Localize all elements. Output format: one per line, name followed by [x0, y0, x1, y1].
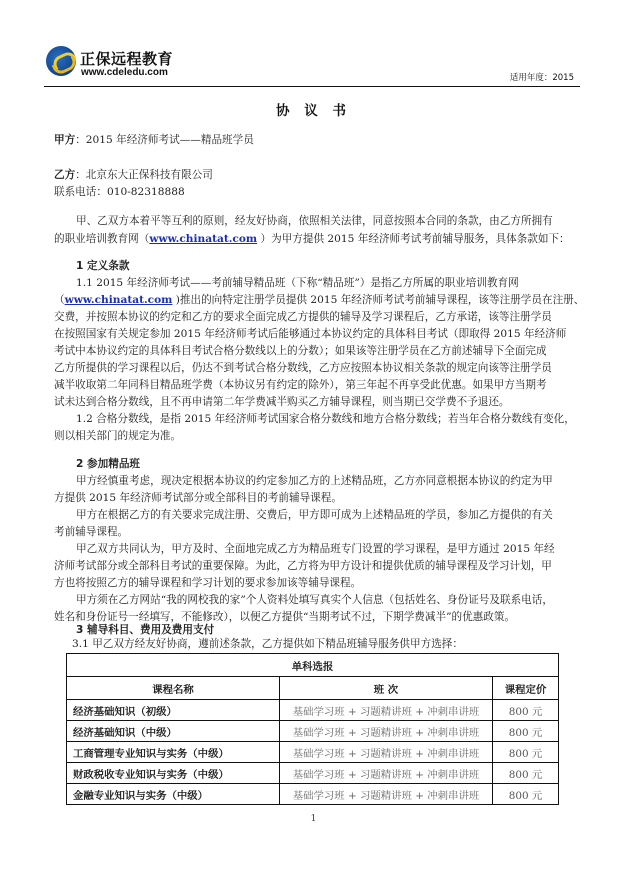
- s3-1-line: 3.1 甲乙双方经友好协商，遵前述条款，乙方提供如下精品班辅导服务供甲方选择：: [72, 636, 592, 654]
- s2-p3-line-1: 甲乙双方共同认为，甲方及时、全面地完成乙方为精品班专门设置的学习课程，是甲方通过…: [76, 541, 596, 559]
- course-name: 金融专业知识与实务（中级）: [67, 784, 280, 805]
- course-name: 财政税收专业知识与实务（中级）: [67, 763, 280, 784]
- s2-p1-line-1: 甲方经慎重考虑，现决定根据本协议的约定参加乙方的上述精品班，乙方亦同意根据本协议…: [76, 473, 596, 491]
- s1-1-line-3: 交费，并按照本协议的约定和乙方的要求全面完成乙方提供的辅导及学习课程后，乙方承诺…: [54, 309, 574, 327]
- s1-2-line-2: 则以相关部门的规定为准。: [54, 428, 574, 446]
- intro-line-1: 甲、乙双方本着平等互利的原则，经友好协商，依照相关法律，同意按照本合同的条款，由…: [76, 213, 573, 231]
- party-a-label: 甲方: [54, 134, 75, 146]
- year-label: 适用年度：2015: [510, 71, 574, 83]
- swirl-logo-icon: [46, 46, 76, 76]
- s1-1-line-6: 乙方所提供的学习课程以后，仍达不到考试合格分数线，乙方应按照本协议相关条款的规定…: [54, 360, 574, 378]
- course-name: 经济基础知识（初级）: [67, 700, 280, 721]
- s1-2-line-1: 1.2 合格分数线，是指 2015 年经济师考试国家合格分数线和地方合格分数线；…: [76, 411, 596, 429]
- table-row: 经济基础知识（初级） 基础学习班 + 习题精讲班 + 冲刺串讲班 800 元: [67, 700, 559, 721]
- page-number: 1: [0, 814, 627, 824]
- course-classes: 基础学习班 + 习题精讲班 + 冲刺串讲班: [280, 700, 493, 721]
- contact-phone: 联系电话：010-82318888: [54, 184, 574, 202]
- s2-p3-line-2: 济师考试部分或全部科目考试的重要保障。为此，乙方将为甲方设计和提供优质的辅导课程…: [54, 558, 574, 576]
- course-name: 经济基础知识（中级）: [67, 721, 280, 742]
- table-caption: 单科选报: [67, 654, 559, 677]
- course-classes: 基础学习班 + 习题精讲班 + 冲刺串讲班: [280, 784, 493, 805]
- s2-p2-line-1: 甲方在根据乙方的有关要求完成注册、交费后，甲方即可成为上述精品班的学员，参加乙方…: [76, 507, 596, 525]
- party-a-value: ：2015 年经济师考试——精品班学员: [75, 134, 254, 146]
- course-price: 800 元: [493, 784, 559, 805]
- intro-line-2: 的职业培训教育网（www.chinatat.com ）为甲方提供 2015 年经…: [54, 231, 574, 249]
- section-1-title: 1 定义条款: [76, 258, 596, 276]
- header-classes: 班 次: [280, 677, 493, 700]
- s1-1-line-5: 考试中本协议约定的具体科目考试合格分数线以上的分数）；如果该等注册学员在乙方前述…: [54, 343, 574, 361]
- header-course-name: 课程名称: [67, 677, 280, 700]
- party-a: 甲方：2015 年经济师考试——精品班学员: [54, 132, 574, 150]
- document-title: 协 议 书: [0, 99, 627, 119]
- s1-1-text-post: )推出的向特定注册学员提供 2015 年经济师考试考前辅导课程，该等注册学员在注…: [172, 294, 584, 306]
- fee-table: 单科选报 课程名称 班 次 课程定价 经济基础知识（初级） 基础学习班 + 习题…: [66, 653, 559, 805]
- table-row: 财政税收专业知识与实务（中级） 基础学习班 + 习题精讲班 + 冲刺串讲班 80…: [67, 763, 559, 784]
- table-row: 工商管理专业知识与实务（中级） 基础学习班 + 习题精讲班 + 冲刺串讲班 80…: [67, 742, 559, 763]
- course-price: 800 元: [493, 721, 559, 742]
- brand-name: 正保远程教育: [80, 48, 173, 69]
- chinatat-link[interactable]: www.chinatat.com: [149, 233, 257, 245]
- table-caption-row: 单科选报: [67, 654, 559, 677]
- course-name: 工商管理专业知识与实务（中级）: [67, 742, 280, 763]
- chinatat-link-2[interactable]: www.chinatat.com: [65, 294, 173, 306]
- s2-p1-line-2: 方提供 2015 年经济师考试部分或全部科目的考前辅导课程。: [54, 490, 574, 508]
- header-price: 课程定价: [493, 677, 559, 700]
- intro-text: 的职业培训教育网（: [54, 233, 149, 245]
- party-b-label: 乙方: [54, 169, 75, 181]
- course-classes: 基础学习班 + 习题精讲班 + 冲刺串讲班: [280, 763, 493, 784]
- course-price: 800 元: [493, 700, 559, 721]
- table-row: 经济基础知识（中级） 基础学习班 + 习题精讲班 + 冲刺串讲班 800 元: [67, 721, 559, 742]
- s1-1-line-7: 减半收取第二年同科目精品班学费（本协议另有约定的除外），第三年起不再享受此优惠。…: [54, 377, 574, 395]
- table-header-row: 课程名称 班 次 课程定价: [67, 677, 559, 700]
- page-header: 正保远程教育 www.cdeledu.com 适用年度：2015: [44, 44, 580, 87]
- intro-text-post: ）为甲方提供 2015 年经济师考试考前辅导服务，具体条款如下：: [257, 233, 570, 245]
- course-classes: 基础学习班 + 习题精讲班 + 冲刺串讲班: [280, 742, 493, 763]
- section-2-title: 2 参加精品班: [76, 456, 596, 474]
- course-price: 800 元: [493, 763, 559, 784]
- s1-1-line-8: 试未达到合格分数线，且不再申请第二年学费减半购买乙方辅导课程，则当期已交学费不予…: [54, 394, 574, 412]
- s1-1-line-4: 在按照国家有关规定参加 2015 年经济师考试后能够通过本协议约定的具体科目考试…: [54, 326, 574, 344]
- s1-1-line-2: （www.chinatat.com )推出的向特定注册学员提供 2015 年经济…: [54, 292, 574, 310]
- course-classes: 基础学习班 + 习题精讲班 + 冲刺串讲班: [280, 721, 493, 742]
- party-b-value: ：北京东大正保科技有限公司: [75, 169, 213, 181]
- s2-p2-line-2: 考前辅导课程。: [54, 524, 574, 542]
- s2-p3-line-3: 方也将按照乙方的辅导课程和学习计划的要求参加该等辅导课程。: [54, 575, 574, 593]
- table-row: 金融专业知识与实务（中级） 基础学习班 + 习题精讲班 + 冲刺串讲班 800 …: [67, 784, 559, 805]
- s1-1-text: （: [54, 294, 65, 306]
- brand-url: www.cdeledu.com: [81, 67, 168, 78]
- course-price: 800 元: [493, 742, 559, 763]
- s1-1-line-1: 1.1 2015 年经济师考试——考前辅导精品班（下称“精品班”）是指乙方所属的…: [76, 275, 573, 293]
- s2-p4-line-1: 甲方须在乙方网站“我的网校我的家”个人资料处填写真实个人信息（包括姓名、身份证号…: [76, 592, 596, 610]
- party-b: 乙方：北京东大正保科技有限公司: [54, 167, 574, 185]
